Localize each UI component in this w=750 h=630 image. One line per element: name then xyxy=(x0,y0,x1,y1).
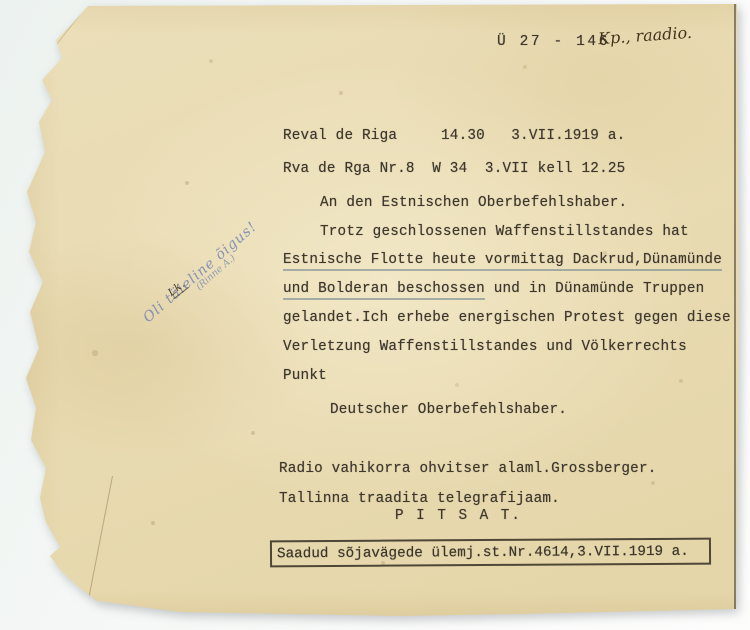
handwritten-margin-note: Oli täieline õigus! (Rinne A.) xyxy=(140,219,265,332)
received-stamp-text: Saadud sõjavägede ülemj.st.Nr.4614,3.VII… xyxy=(277,543,689,562)
footer-telegraph-station: Tallinna traadita telegrafijaam. xyxy=(279,491,560,507)
scanned-telegram-page: Ü 27 - 146 Kp., raadio. Reval de Riga 14… xyxy=(0,0,750,630)
body-line-4: gelandet.Ich erhebe energischen Protest … xyxy=(283,310,731,326)
archive-reference-number: Ü 27 - 146 xyxy=(497,34,610,50)
document-paper: Ü 27 - 146 Kp., raadio. Reval de Riga 14… xyxy=(0,0,750,630)
footer-seal-label: P I T S A T. xyxy=(395,508,522,524)
body-line-3: und Bolderan beschossen und in Dünamünde… xyxy=(283,281,704,297)
underlined-passage-2: und Bolderan beschossen xyxy=(283,281,485,300)
archive-reference-handwritten: Kp., raadio. xyxy=(597,23,692,49)
footer-radio-officer: Radio vahikorra ohvitser alaml.Grossberg… xyxy=(279,461,657,477)
margin-note-text: Oli täieline õigus! xyxy=(140,219,260,326)
body-line-6: Punkt xyxy=(283,368,327,384)
fold-crease-bottom-left xyxy=(85,476,113,616)
meta-line-origin: Reval de Riga 14.30 3.VII.1919 a. xyxy=(283,128,625,144)
body-line-3-rest: und in Dünamünde Truppen xyxy=(485,281,705,297)
body-line-2: Estnische Flotte heute vormittag Dackrud… xyxy=(283,252,722,268)
paper-shadow-wrap: Ü 27 - 146 Kp., raadio. Reval de Riga 14… xyxy=(0,0,750,630)
meta-line-routing: Rva de Rga Nr.8 W 34 3.VII kell 12.25 xyxy=(283,161,625,177)
paper-speckles xyxy=(0,0,2,2)
fold-crease-top-left xyxy=(43,6,87,62)
salutation-line: An den Estnischen Oberbefehlshaber. xyxy=(320,195,627,211)
body-line-1: Trotz geschlossenen Waffenstillstandes h… xyxy=(320,224,689,240)
underlined-passage-1: Estnische Flotte heute vormittag Dackrud… xyxy=(283,252,722,271)
paper-right-edge-shadow xyxy=(734,4,736,610)
body-line-5: Verletzung Waffenstillstandes und Völker… xyxy=(283,339,687,355)
received-stamp-box: Saadud sõjavägede ülemj.st.Nr.4614,3.VII… xyxy=(270,538,711,568)
signature-line: Deutscher Oberbefehlshaber. xyxy=(330,402,567,418)
